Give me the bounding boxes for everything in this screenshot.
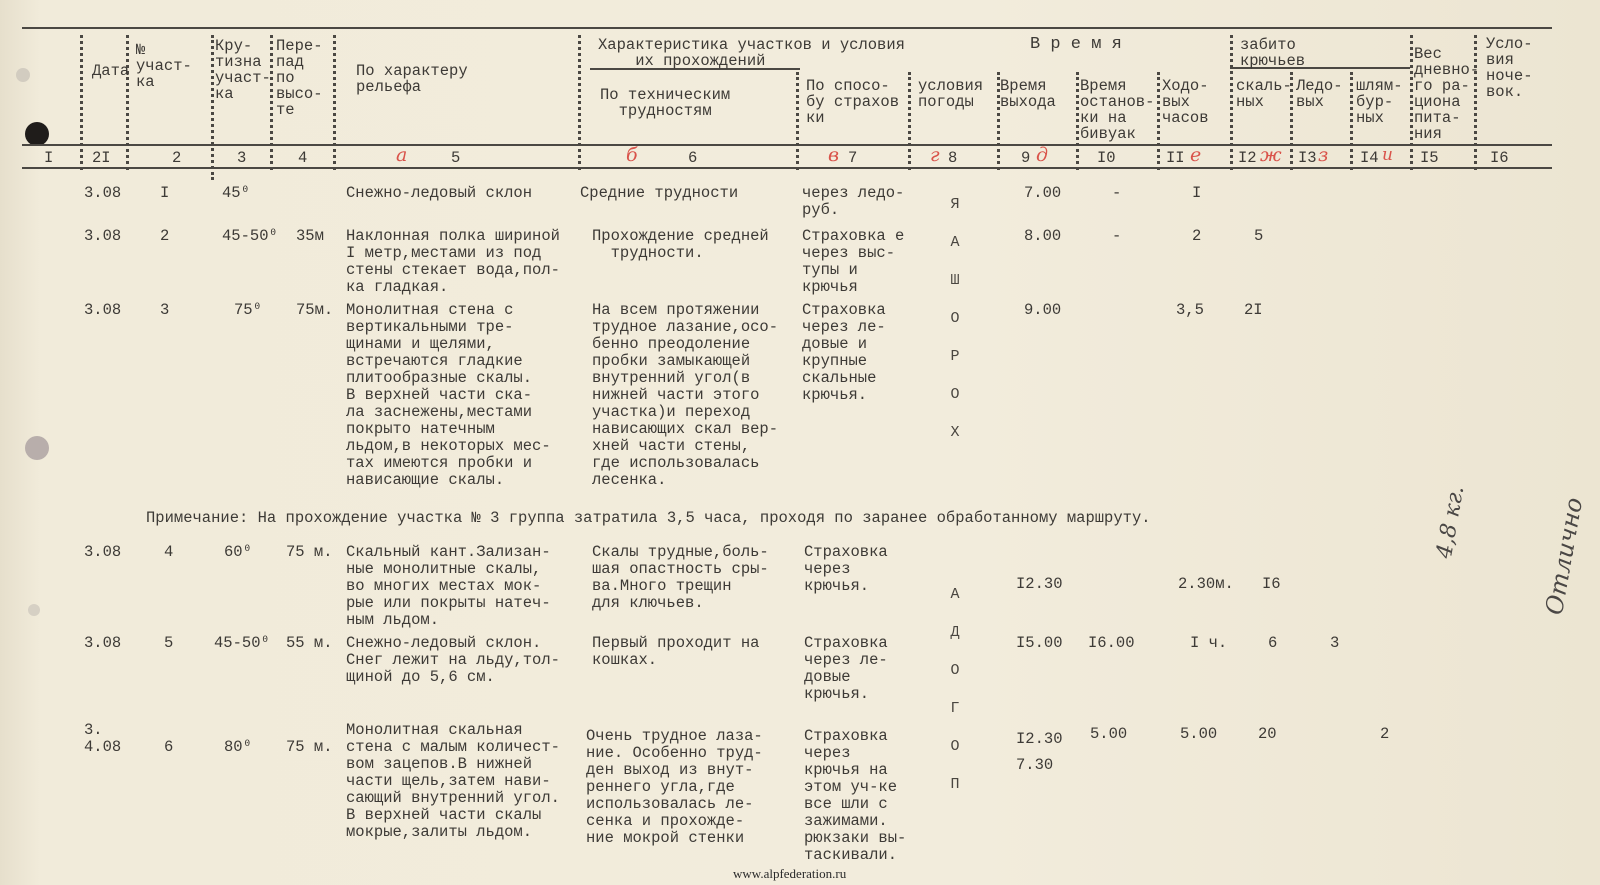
- row3-drop: 75м.: [296, 302, 333, 319]
- document-page: Дата № участ- ка Кру- тизна участ- ка Пе…: [0, 0, 1600, 885]
- row1-hours: I: [1192, 185, 1201, 202]
- header-walk-hours: Ходо- вых часов: [1162, 78, 1209, 126]
- rule-numbers-bottom: [22, 167, 1552, 169]
- row6-bolt: 2: [1380, 726, 1389, 743]
- handwritten-weight: 4,8 кг.: [1432, 484, 1469, 560]
- row5-steep: 45-50⁰: [214, 635, 270, 652]
- red-annotation: а: [396, 147, 407, 163]
- col-num: 5: [451, 150, 460, 166]
- col-num: 6: [688, 150, 697, 166]
- col-divider: [211, 35, 214, 180]
- row6-stop: 5.00: [1090, 726, 1127, 743]
- col-num: I2: [1238, 150, 1257, 166]
- header-relief: По характеру рельефа: [356, 63, 468, 95]
- row4-belay: Страховка через крючья.: [804, 544, 888, 595]
- punch-hole: [25, 122, 49, 146]
- header-time: В р е м я: [1030, 37, 1122, 53]
- col-divider: [1350, 72, 1353, 170]
- header-characteristics: Характеристика участков и условия их про…: [598, 37, 905, 69]
- row5-drop: 55 м.: [286, 635, 333, 652]
- row6-rock: 20: [1258, 726, 1277, 743]
- row5-date: 3.08: [84, 635, 121, 652]
- red-annotation: и: [1382, 147, 1393, 163]
- col-num: 7: [848, 150, 857, 166]
- header-bolt-pitons: шлям- бур- ных: [1356, 78, 1403, 126]
- row2-hours: 2: [1192, 228, 1201, 245]
- col-num: 4: [298, 150, 307, 166]
- col-num: I3: [1298, 150, 1317, 166]
- row6-hours: 5.00: [1180, 726, 1217, 743]
- red-annotation: б: [626, 147, 638, 163]
- watermark-url: www.alpfederation.ru: [733, 866, 846, 882]
- red-annotation: з: [1318, 147, 1328, 163]
- row3-tech: На всем протяжении трудное лазание,осо- …: [592, 302, 778, 489]
- red-annotation: в: [828, 147, 839, 163]
- row5-out: I5.00: [1016, 635, 1063, 652]
- row3-rock: 2I: [1244, 302, 1263, 319]
- binder-notch: [16, 68, 30, 82]
- col-num: I6: [1490, 150, 1509, 166]
- row2-no: 2: [160, 228, 169, 245]
- row3-relief: Монолитная стена с вертикальными тре- щи…: [346, 302, 551, 489]
- red-annotation: ж: [1260, 147, 1282, 163]
- row6-drop: 75 м.: [286, 739, 333, 756]
- row5-hours: I ч.: [1190, 635, 1227, 652]
- header-date: Дата: [92, 63, 129, 79]
- note-text: Примечание: На прохождение участка № 3 г…: [146, 510, 1151, 527]
- row4-hours: 2.30м.: [1178, 576, 1234, 593]
- col-num: 2: [172, 150, 181, 166]
- row4-relief: Скальный кант.Зализан- ные монолитные ск…: [346, 544, 551, 629]
- header-rock-pitons: скаль- ных: [1236, 78, 1292, 110]
- row5-belay: Страховка через ле- довые крючья.: [804, 635, 888, 703]
- col-divider: [1157, 72, 1160, 170]
- row6-tech: Очень трудное лаза- ние. Особенно труд- …: [586, 728, 763, 847]
- row2-steep: 45-50⁰: [222, 228, 278, 245]
- red-annotation: д: [1036, 147, 1048, 163]
- header-pitons: забито крючьев: [1240, 37, 1305, 69]
- rule-top: [22, 27, 1552, 29]
- row2-belay: Страховка е через выс- тупы и крючья: [802, 228, 904, 296]
- row5-ice: 3: [1330, 635, 1339, 652]
- row6-belay: Страховка через крючья на этом уч-ке все…: [804, 728, 906, 864]
- header-belay: По спосо- бу страхов ки: [806, 78, 899, 126]
- row6-date: 3. 4.08: [84, 722, 121, 756]
- header-section-no: № участ- ка: [136, 42, 192, 90]
- col-divider: [126, 35, 129, 170]
- header-night: Усло- вия ноче- вок.: [1486, 36, 1533, 100]
- handwritten-night-rating: Отлично: [1540, 495, 1588, 616]
- row3-steep: 75⁰: [234, 302, 262, 319]
- row3-no: 3: [160, 302, 169, 319]
- col-divider: [1410, 35, 1413, 170]
- col-num: I0: [1097, 150, 1116, 166]
- row1-out: 7.00: [1024, 185, 1061, 202]
- row1-stop: -: [1112, 185, 1121, 202]
- row6-steep: 80⁰: [224, 739, 252, 756]
- row1-steep: 45⁰: [222, 185, 250, 202]
- col-num: II: [1166, 150, 1185, 166]
- header-weather: условия погоды: [918, 78, 983, 110]
- header-ice-pitons: Ледо- вых: [1296, 78, 1343, 110]
- row2-rock: 5: [1254, 228, 1263, 245]
- header-technical: По техническим трудностям: [600, 87, 730, 119]
- header-ration: Вес дневно- го ра- циона пита- ния: [1414, 46, 1479, 142]
- col-divider: [578, 35, 581, 170]
- row3-hours: 3,5: [1176, 302, 1204, 319]
- row1-date: 3.08: [84, 185, 121, 202]
- col-divider: [1230, 35, 1233, 170]
- row2-relief: Наклонная полка шириной I метр,местами и…: [346, 228, 560, 296]
- col-num: 2I: [92, 150, 111, 166]
- row4-rock: I6: [1262, 576, 1281, 593]
- col-divider: [80, 35, 83, 170]
- col-num: 3: [237, 150, 246, 166]
- row5-rock: 6: [1268, 635, 1277, 652]
- row5-relief: Снежно-ледовый склон. Снег лежит на льду…: [346, 635, 560, 686]
- weather-vertical-weather: АДОГОП: [945, 576, 965, 804]
- row1-belay: через ледо- руб.: [802, 185, 904, 219]
- col-divider: [796, 72, 799, 170]
- red-annotation: е: [1190, 147, 1201, 163]
- col-num: I5: [1420, 150, 1439, 166]
- row2-drop: 35м: [296, 228, 324, 245]
- col-divider: [333, 35, 336, 170]
- row4-date: 3.08: [84, 544, 121, 561]
- row1-no: I: [160, 185, 169, 202]
- col-num: I4: [1360, 150, 1379, 166]
- row4-out: I2.30: [1016, 576, 1063, 593]
- row2-out: 8.00: [1024, 228, 1061, 245]
- col-num: 8: [948, 150, 957, 166]
- col-divider: [908, 72, 911, 170]
- row6-relief: Монолитная скальная стена с малым количе…: [346, 722, 560, 841]
- row2-tech: Прохождение средней трудности.: [592, 228, 769, 262]
- col-num: 9: [1021, 150, 1030, 166]
- binder-notch: [28, 604, 40, 616]
- row5-no: 5: [164, 635, 173, 652]
- col-num: I: [44, 150, 53, 166]
- row4-steep: 60⁰: [224, 544, 252, 561]
- row1-tech: Средние трудности: [580, 185, 738, 202]
- row5-tech: Первый проходит на кошках.: [592, 635, 759, 669]
- row4-no: 4: [164, 544, 173, 561]
- row6-no: 6: [164, 739, 173, 756]
- row2-stop: -: [1112, 228, 1121, 245]
- row1-relief: Снежно-ледовый склон: [346, 185, 532, 202]
- row4-drop: 75 м.: [286, 544, 333, 561]
- col-divider: [1076, 72, 1079, 170]
- header-time-stop: Время останов- ки на бивуак: [1080, 78, 1154, 142]
- header-height-drop: Пере- пад по высо- те: [276, 38, 323, 118]
- row3-out: 9.00: [1024, 302, 1061, 319]
- red-annotation: г: [930, 147, 940, 163]
- row5-stop: I6.00: [1088, 635, 1135, 652]
- row3-belay: Страховка через ле- довые и крупные скал…: [802, 302, 886, 404]
- weather-vertical-good: ЯАШОРОХ: [945, 186, 965, 452]
- row2-date: 3.08: [84, 228, 121, 245]
- row4-tech: Скалы трудные,боль- шая опастность сры- …: [592, 544, 769, 612]
- row6-out: I2.30 7.30: [1016, 726, 1063, 778]
- header-time-out: Время выхода: [1000, 78, 1056, 110]
- header-steepness: Кру- тизна участ- ка: [215, 38, 271, 102]
- punch-hole: [25, 436, 49, 460]
- row3-date: 3.08: [84, 302, 121, 319]
